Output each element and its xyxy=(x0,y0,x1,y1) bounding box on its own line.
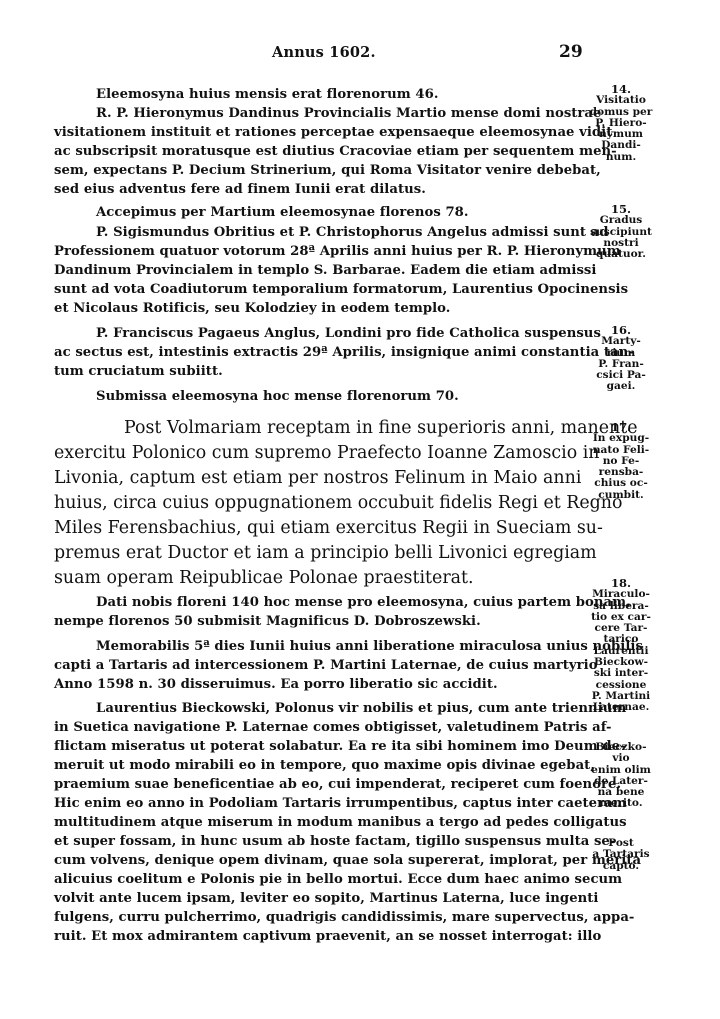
margin-note-line: Miraculo- xyxy=(584,589,658,600)
text-line: premus erat Ductor et iam a principio be… xyxy=(54,543,576,563)
text-line: et super fossam, in hunc usum ab hoste f… xyxy=(54,834,576,849)
text-line: P. Sigismundus Obritius et P. Christopho… xyxy=(96,225,576,240)
margin-note: Bieczko-vioenim olimde Later-na benemeri… xyxy=(584,742,658,810)
text-line: Laurentius Bieckowski, Polonus vir nobil… xyxy=(96,701,576,716)
text-line: R. P. Hieronymus Dandinus Provincialis M… xyxy=(96,106,576,121)
text-line: Post Volmariam receptam in fine superior… xyxy=(124,418,576,438)
text-line: sed eius adventus fere ad finem Iunii er… xyxy=(54,182,426,197)
text-line: Hic enim eo anno in Podoliam Tartaris ir… xyxy=(54,796,576,811)
text-line: Accepimus per Martium eleemosynae floren… xyxy=(96,205,469,220)
text-line: P. Franciscus Pagaeus Anglus, Londini pr… xyxy=(96,326,576,341)
text-line: nempe florenos 50 submisit Magnificus D.… xyxy=(54,614,481,629)
page-number: 29 xyxy=(559,42,583,62)
running-title: Annus 1602. xyxy=(272,44,376,61)
text-line: capti a Tartaris ad intercessionem P. Ma… xyxy=(54,658,576,673)
text-line: Anno 1598 n. 30 disseruimus. Ea porro li… xyxy=(54,677,498,692)
margin-note-line: Visitatio xyxy=(584,95,658,106)
margin-note: 14.Visitatiodomus perP. Hiero-nymumDandi… xyxy=(584,84,658,163)
text-line: et Nicolaus Rotificis, seu Kolodziey in … xyxy=(54,301,450,316)
margin-note-line: num. xyxy=(584,152,658,163)
margin-note-line: Laternae. xyxy=(584,702,658,713)
text-line: Eleemosyna huius mensis erat florenorum … xyxy=(96,87,439,102)
margin-note-line: ski inter- xyxy=(584,668,658,679)
margin-note-line: quatuor. xyxy=(584,249,658,260)
text-line: exercitu Polonico cum supremo Praefecto … xyxy=(54,443,576,463)
text-line: suam operam Reipublicae Polonae praestit… xyxy=(54,568,474,588)
margin-note: 15.Gradussuscipiuntnostriquatuor. xyxy=(584,204,658,260)
text-line: alicuius coelitum e Polonis pie in bello… xyxy=(54,872,576,887)
margin-note: Posta Tartariscapto. xyxy=(584,838,658,872)
text-line: sunt ad vota Coadiutorum temporalium for… xyxy=(54,282,576,297)
text-line: huius, circa cuius oppugnationem occubui… xyxy=(54,493,576,513)
text-line: fulgens, curru pulcherrimo, quadrigis ca… xyxy=(54,910,576,925)
text-line: multitudinem atque miserum in modum mani… xyxy=(54,815,576,830)
margin-note: 18.Miraculo-sa libera-tio ex car-cere Ta… xyxy=(584,578,658,714)
text-line: sem, expectans P. Decium Strinerium, qui… xyxy=(54,163,576,178)
margin-note-line: merito. xyxy=(584,798,658,809)
margin-note-line: Marty- xyxy=(584,336,658,347)
text-line: Submissa eleemosyna hoc mense florenorum… xyxy=(96,389,459,404)
text-line: praemium suae beneficentiae ab eo, cui i… xyxy=(54,777,576,792)
text-line: Dati nobis floreni 140 hoc mense pro ele… xyxy=(96,595,576,610)
margin-note-line: Gradus xyxy=(584,215,658,226)
margin-note-line: a Tartaris xyxy=(584,849,658,860)
margin-note-line: gaei. xyxy=(584,381,658,392)
margin-note-line: cumbit. xyxy=(584,490,658,501)
margin-note-line: In expug- xyxy=(584,433,658,444)
text-line: ruit. Et mox admirantem captivum praeven… xyxy=(54,929,576,944)
text-line: Livonia, captum est etiam per nostros Fe… xyxy=(54,468,576,488)
text-line: ac sectus est, intestinis extractis 29ª … xyxy=(54,345,576,360)
text-line: ac subscripsit moratusque est diutius Cr… xyxy=(54,144,576,159)
text-line: flictam miseratus ut poterat solabatur. … xyxy=(54,739,576,754)
margin-note-line: vio xyxy=(584,753,658,764)
text-line: meruit ut modo mirabili eo in tempore, q… xyxy=(54,758,576,773)
text-line: in Suetica navigatione P. Laternae comes… xyxy=(54,720,576,735)
text-line: Miles Ferensbachius, qui etiam exercitus… xyxy=(54,518,576,538)
margin-note: 16.Marty-riumP. Fran-csici Pa-gaei. xyxy=(584,325,658,393)
text-line: Memorabilis 5ª dies Iunii huius anni lib… xyxy=(96,639,576,654)
text-line: Dandinum Provincialem in templo S. Barba… xyxy=(54,263,576,278)
page-header: Annus 1602. 29 xyxy=(0,44,720,68)
text-line: tum cruciatum subiitt. xyxy=(54,364,223,379)
margin-note-line: capto. xyxy=(584,861,658,872)
margin-note: 17.In expug-nato Feli-no Fe-rensba-chius… xyxy=(584,422,658,501)
text-line: volvit ante lucem ipsam, leviter eo sopi… xyxy=(54,891,576,906)
text-line: cum volvens, denique opem divinam, quae … xyxy=(54,853,576,868)
text-line: visitationem instituit et rationes perce… xyxy=(54,125,576,140)
text-line: Professionem quatuor votorum 28ª Aprilis… xyxy=(54,244,576,259)
